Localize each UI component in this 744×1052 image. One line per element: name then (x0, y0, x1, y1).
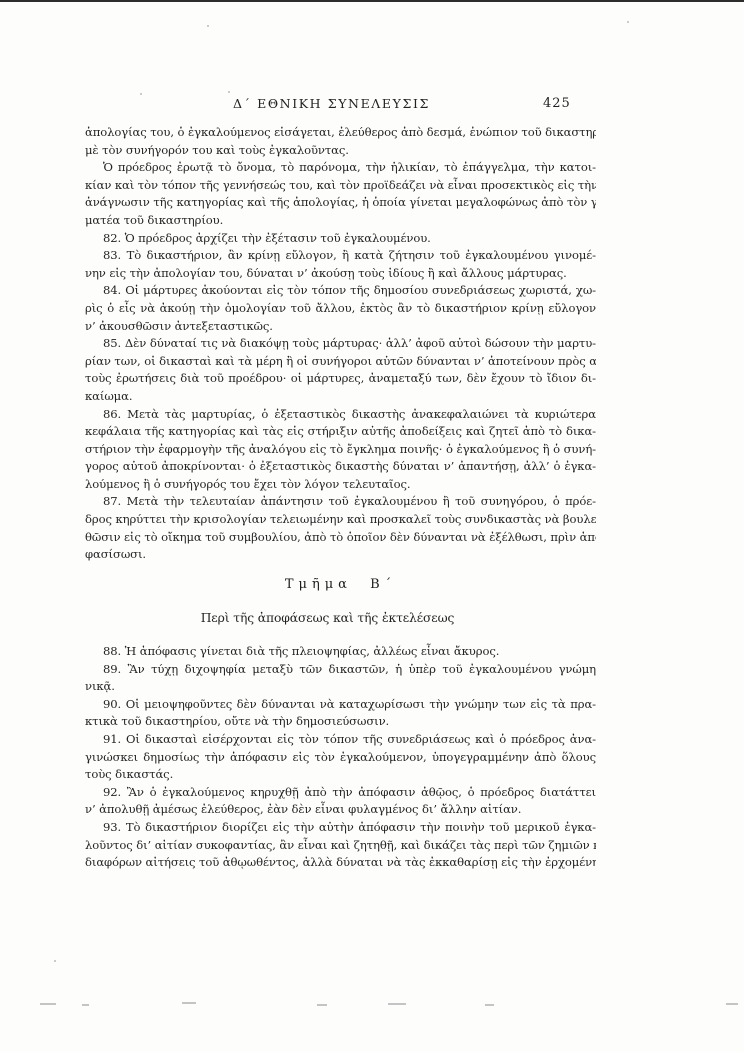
text-line: 92. Ἂν ὁ ἐγκαλούμενος κηρυχθῇ ἀπὸ τὴν ἀπ… (85, 784, 596, 802)
scan-dash (317, 1004, 327, 1006)
page-top-scan-edge (0, 0, 744, 2)
paragraph: 91. Οἱ δικασταὶ εἰσέρχονται εἰς τὸν τόπο… (85, 731, 596, 784)
scan-speck (54, 960, 56, 962)
section-subheading: Περὶ τῆς ἀποφάσεως καὶ τῆς ἐκτελέσεως (85, 610, 596, 628)
text-line: γινώσκει δημοσίως τὴν ἀπόφασιν εἰς τὸν ἐ… (85, 749, 596, 767)
text-line: γορος αὐτοῦ ἀποκρίνονται· ὁ ἐξεταστικὸς … (85, 458, 596, 476)
text-line: νην εἰς τὴν ἀπολογίαν του, δύναται ν’ ἀκ… (85, 265, 596, 283)
paragraph: 88. Ἡ ἀπόφασις γίνεται διὰ τῆς πλειοψηφί… (85, 643, 596, 661)
scan-speck (140, 93, 142, 95)
paragraph: 89. Ἂν τύχῃ διχοψηφία μεταξὺ τῶν δικαστῶ… (85, 661, 596, 696)
scanned-document-page: Δ´ ΕΘΝΙΚΗ ΣΥΝΕΛΕΥΣΙΣ 425 ἀπολογίας του, … (0, 0, 744, 1052)
text-line: ἀπολογίας του, ὁ ἐγκαλούμενος εἰσάγεται,… (85, 124, 596, 142)
text-line: στήριον τὴν ἐφαρμογὴν τῆς ἀναλόγου εἰς τ… (85, 441, 596, 459)
scan-dash (485, 1004, 494, 1006)
text-line: 91. Οἱ δικασταὶ εἰσέρχονται εἰς τὸν τόπο… (85, 731, 596, 749)
text-line: τοὺς ἐρωτήσεις διὰ τοῦ προέδρου· οἱ μάρτ… (85, 370, 596, 388)
paragraph: Ὁ πρόεδρος ἐρωτᾷ τὸ ὄνομα, τὸ παρόνομα, … (85, 159, 596, 229)
text-line: μὲ τὸν συνήγορόν του καὶ τοὺς ἐγκαλοῦντα… (85, 142, 596, 160)
text-line: διαφόρων αἰτήσεις τοῦ ἀθῳωθέντος, ἀλλὰ δ… (85, 854, 596, 872)
paragraph: 87. Μετὰ τὴν τελευταίαν ἀπάντησιν τοῦ ἐγ… (85, 493, 596, 563)
text-line: 86. Μετὰ τὰς μαρτυρίας, ὁ ἐξεταστικὸς δι… (85, 406, 596, 424)
scan-dash (726, 1003, 738, 1005)
text-line: 90. Οἱ μειοψηφοῦντες δὲν δύνανται νὰ κατ… (85, 696, 596, 714)
paragraph: 90. Οἱ μειοψηφοῦντες δὲν δύνανται νὰ κατ… (85, 696, 596, 731)
running-title: Δ´ ΕΘΝΙΚΗ ΣΥΝΕΛΕΥΣΙΣ (85, 96, 578, 111)
text-line: κεφάλαια τῆς κατηγορίας καὶ τὰς εἰς στήρ… (85, 423, 596, 441)
scan-speck (228, 91, 230, 93)
paragraph: 86. Μετὰ τὰς μαρτυρίας, ὁ ἐξεταστικὸς δι… (85, 406, 596, 494)
text-line: ρὶς ὁ εἷς νὰ ἀκούῃ τὴν ὁμολογίαν τοῦ ἄλλ… (85, 300, 596, 318)
text-line: 82. Ὁ πρόεδρος ἀρχίζει τὴν ἐξέτασιν τοῦ … (85, 230, 596, 248)
text-line: 83. Τὸ δικαστήριον, ἂν κρίνῃ εὔλογον, ἢ … (85, 247, 596, 265)
scan-speck (627, 21, 629, 23)
text-line: καίωμα. (85, 388, 596, 406)
text-line: ματέα τοῦ δικαστηρίου. (85, 212, 596, 230)
page-header: Δ´ ΕΘΝΙΚΗ ΣΥΝΕΛΕΥΣΙΣ 425 (85, 96, 596, 114)
section-heading: Τμῆμα Β´ (85, 576, 596, 594)
scan-speck (207, 25, 209, 27)
text-line: ἀνάγνωσιν τῆς κατηγορίας καὶ τῆς ἀπολογί… (85, 194, 596, 212)
paragraph: 84. Οἱ μάρτυρες ἀκούονται εἰς τὸν τόπον … (85, 282, 596, 335)
text-line: φασίσωσι. (85, 546, 596, 564)
scan-dash (388, 1003, 406, 1005)
text-line: λοῦντος δι’ αἰτίαν συκοφαντίας, ἂν εἶναι… (85, 837, 596, 855)
text-line: 88. Ἡ ἀπόφασις γίνεται διὰ τῆς πλειοψηφί… (85, 643, 596, 661)
text-line: 87. Μετὰ τὴν τελευταίαν ἀπάντησιν τοῦ ἐγ… (85, 493, 596, 511)
paragraph: 82. Ὁ πρόεδρος ἀρχίζει τὴν ἐξέτασιν τοῦ … (85, 230, 596, 248)
paragraph: 93. Τὸ δικαστήριον διορίζει εἰς τὴν αὐτὴ… (85, 819, 596, 872)
paragraph: 85. Δὲν δύναταί τις νὰ διακόψῃ τοὺς μάρτ… (85, 335, 596, 405)
text-line: 85. Δὲν δύναταί τις νὰ διακόψῃ τοὺς μάρτ… (85, 335, 596, 353)
text-body: ἀπολογίας του, ὁ ἐγκαλούμενος εἰσάγεται,… (85, 124, 596, 872)
text-line: νικᾷ. (85, 678, 596, 696)
text-line: ν’ ἀκουσθῶσιν ἀντεξεταστικῶς. (85, 318, 596, 336)
text-line: ρίαν των, οἱ δικασταὶ καὶ τὰ μέρη ἢ οἱ σ… (85, 353, 596, 371)
text-line: κτικὰ τοῦ δικαστηρίου, οὔτε νὰ τὴν δημοσ… (85, 713, 596, 731)
paragraph: 83. Τὸ δικαστήριον, ἂν κρίνῃ εὔλογον, ἢ … (85, 247, 596, 282)
paragraph: 92. Ἂν ὁ ἐγκαλούμενος κηρυχθῇ ἀπὸ τὴν ἀπ… (85, 784, 596, 819)
text-line: 89. Ἂν τύχῃ διχοψηφία μεταξὺ τῶν δικαστῶ… (85, 661, 596, 679)
text-line: θῶσιν εἰς τὸ οἴκημα τοῦ συμβουλίου, ἀπὸ … (85, 529, 596, 547)
text-line: λούμενος ἢ ὁ συνήγορός του ἔχει τὸν λόγο… (85, 476, 596, 494)
scan-dash (40, 1003, 56, 1005)
paragraph: ἀπολογίας του, ὁ ἐγκαλούμενος εἰσάγεται,… (85, 124, 596, 159)
text-line: 93. Τὸ δικαστήριον διορίζει εἰς τὴν αὐτὴ… (85, 819, 596, 837)
text-line: τοὺς δικαστάς. (85, 766, 596, 784)
scan-dash (82, 1004, 89, 1006)
text-line: ν’ ἀπολυθῇ ἀμέσως ἐλεύθερος, ἐὰν δὲν εἶν… (85, 801, 596, 819)
text-line: κίαν καὶ τὸν τόπον τῆς γεννήσεώς του, κα… (85, 177, 596, 195)
scan-dash (182, 1002, 196, 1004)
text-line: δρος κηρύττει τὴν κρισολογίαν τελειωμένη… (85, 511, 596, 529)
text-line: Ὁ πρόεδρος ἐρωτᾷ τὸ ὄνομα, τὸ παρόνομα, … (85, 159, 596, 177)
text-line: 84. Οἱ μάρτυρες ἀκούονται εἰς τὸν τόπον … (85, 282, 596, 300)
page-number: 425 (543, 96, 571, 111)
